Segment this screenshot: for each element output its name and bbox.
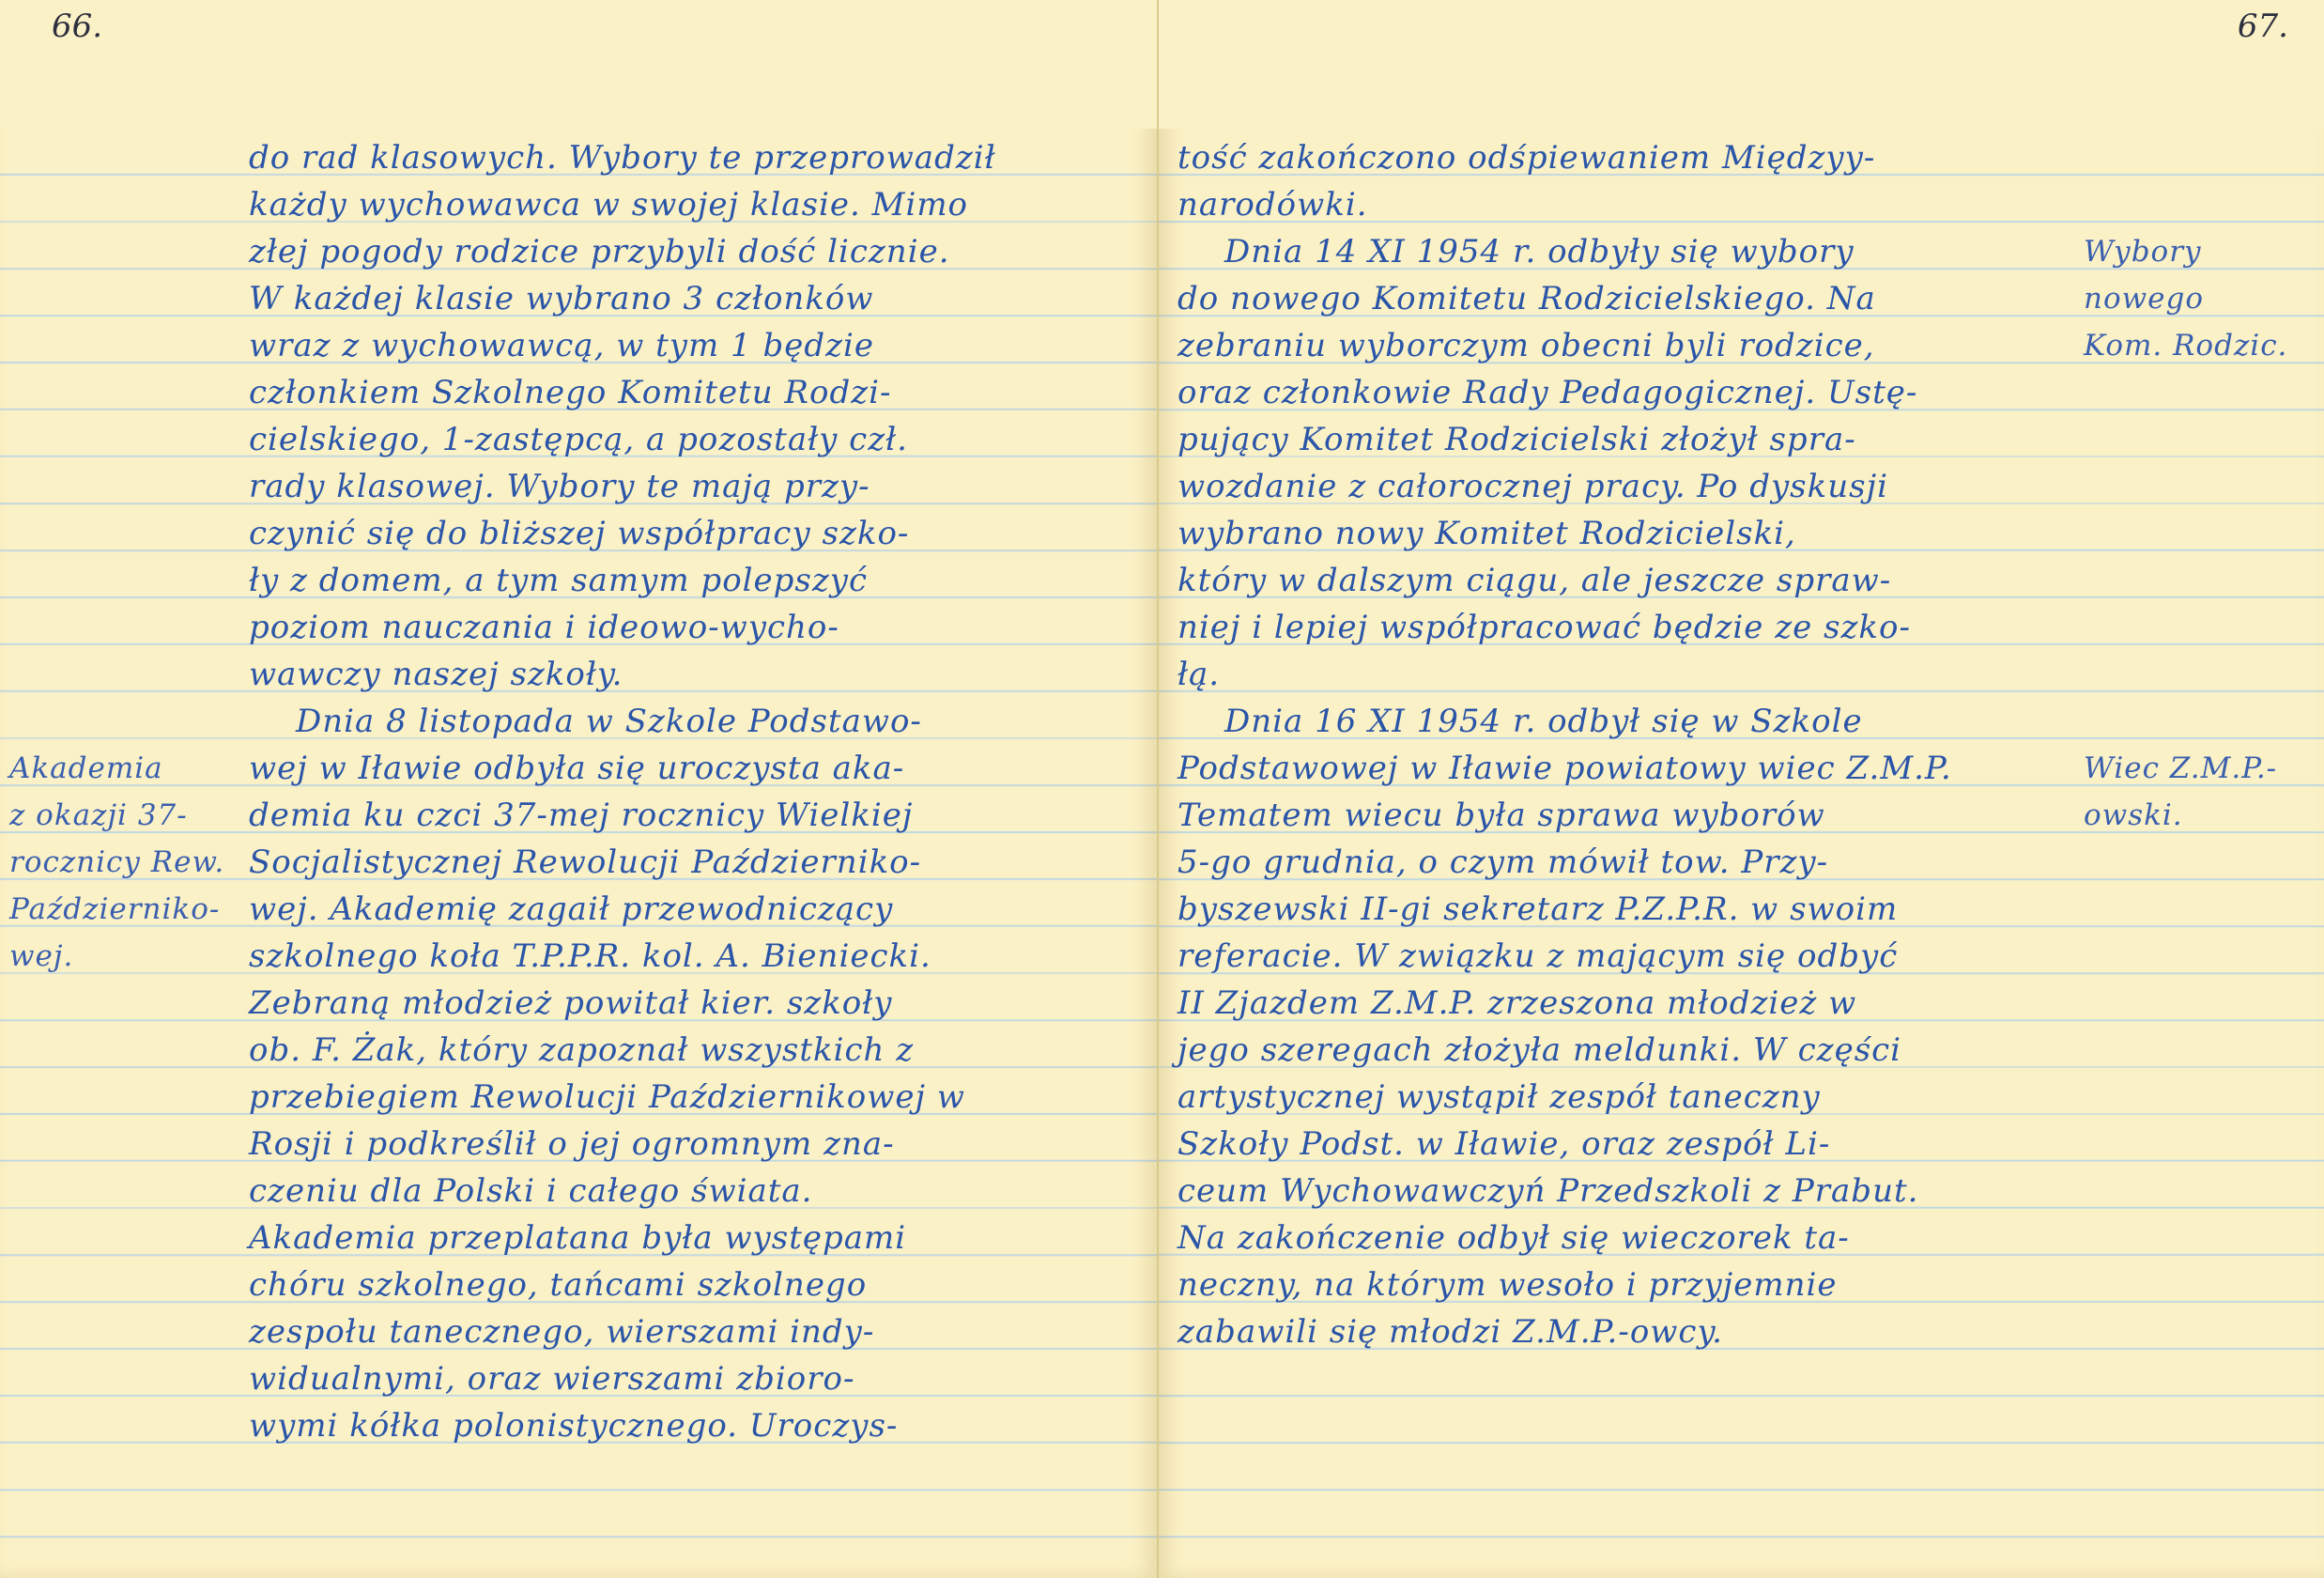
text-line: poziom nauczania i ideowo-wycho- [249, 604, 1141, 651]
text-line: wybrano nowy Komitet Rodzicielski, [1177, 510, 2079, 557]
text-line: Na zakończenie odbył się wieczorek ta- [1177, 1214, 2079, 1261]
text-line: pujący Komitet Rodzicielski złożył spra- [1177, 416, 2079, 463]
text-line: który w dalszym ciągu, ale jeszcze spraw… [1177, 557, 2079, 604]
right-margin-note-rally: Wiec Z.M.P.- owski. [2084, 745, 2318, 839]
left-page-body: do rad klasowych. Wybory te przeprowadzi… [249, 134, 1141, 1449]
text-line: demia ku czci 37-mej rocznicy Wielkiej [249, 792, 1141, 839]
text-line: byszewski II-gi sekretarz P.Z.P.R. w swo… [1177, 886, 2079, 933]
margin-note-line: z okazji 37- [9, 792, 244, 839]
right-page-body: tość zakończono odśpiewaniem Międzyy- na… [1177, 134, 2079, 1355]
page-number-left: 66. [52, 8, 102, 45]
margin-note-line: Akademia [9, 745, 244, 792]
margin-note-line: owski. [2084, 792, 2318, 839]
page-number-right: 67. [2238, 8, 2288, 45]
text-line: Podstawowej w Iławie powiatowy wiec Z.M.… [1177, 745, 2079, 792]
text-line: chóru szkolnego, tańcami szkolnego [249, 1261, 1141, 1308]
text-line: rady klasowej. Wybory te mają przy- [249, 463, 1141, 510]
text-line: łą. [1177, 651, 2079, 698]
text-line: Rosji i podkreślił o jej ogromnym zna- [249, 1121, 1141, 1168]
paragraph-start-line: Dnia 16 XI 1954 r. odbył się w Szkole [1177, 698, 2079, 745]
paragraph-start-line: Dnia 14 XI 1954 r. odbyły się wybory [1177, 228, 2079, 275]
text-line: czynić się do bliższej współpracy szko- [249, 510, 1141, 557]
text-line: cielskiego, 1-zastępcą, a pozostały czł. [249, 416, 1141, 463]
text-line: referacie. W związku z mającym się odbyć [1177, 933, 2079, 980]
right-page: 67. tość zakończono odśpiewaniem Międzyy… [1159, 0, 2324, 1578]
text-line: zebraniu wyborczym obecni byli rodzice, [1177, 322, 2079, 369]
text-line: oraz członkowie Rady Pedagogicznej. Ustę… [1177, 369, 2079, 416]
paragraph-start-line: Dnia 8 listopada w Szkole Podstawo- [249, 698, 1141, 745]
right-margin-note-elections: Wybory nowego Kom. Rodzic. [2084, 228, 2318, 369]
text-line: wozdanie z całorocznej pracy. Po dyskusj… [1177, 463, 2079, 510]
text-line: wej. Akademię zagaił przewodniczący [249, 886, 1141, 933]
margin-note-line: Wybory [2084, 228, 2318, 275]
text-line: W każdej klasie wybrano 3 członków [249, 275, 1141, 322]
margin-note-line: wej. [9, 933, 244, 980]
margin-note-line: rocznicy Rew. [9, 839, 244, 886]
text-line: niej i lepiej współpracować będzie ze sz… [1177, 604, 2079, 651]
margin-note-line: nowego [2084, 275, 2318, 322]
text-line: wraz z wychowawcą, w tym 1 będzie [249, 322, 1141, 369]
text-line: do rad klasowych. Wybory te przeprowadzi… [249, 134, 1141, 181]
text-line: czeniu dla Polski i całego świata. [249, 1168, 1141, 1214]
text-line: do nowego Komitetu Rodzicielskiego. Na [1177, 275, 2079, 322]
text-line: II Zjazdem Z.M.P. zrzeszona młodzież w [1177, 980, 2079, 1027]
text-line: tość zakończono odśpiewaniem Międzyy- [1177, 134, 2079, 181]
left-margin-note: Akademia z okazji 37- rocznicy Rew. Paźd… [9, 745, 244, 980]
text-line: neczny, na którym wesoło i przyjemnie [1177, 1261, 2079, 1308]
margin-note-line: Kom. Rodzic. [2084, 322, 2318, 369]
text-line: zespołu tanecznego, wierszami indy- [249, 1308, 1141, 1355]
text-line: wymi kółka polonistycznego. Uroczys- [249, 1402, 1141, 1449]
left-page: 66. Akademia z okazji 37- rocznicy Rew. … [0, 0, 1159, 1578]
text-line: każdy wychowawca w swojej klasie. Mimo [249, 181, 1141, 228]
text-line: widualnymi, oraz wierszami zbioro- [249, 1355, 1141, 1402]
text-line: ob. F. Żak, który zapoznał wszystkich z [249, 1027, 1141, 1074]
text-line: szkolnego koła T.P.P.R. kol. A. Bienieck… [249, 933, 1141, 980]
text-line: Socjalistycznej Rewolucji Październiko- [249, 839, 1141, 886]
text-line: złej pogody rodzice przybyli dość liczni… [249, 228, 1141, 275]
notebook-spread: 66. Akademia z okazji 37- rocznicy Rew. … [0, 0, 2324, 1578]
text-line: Zebraną młodzież powitał kier. szkoły [249, 980, 1141, 1027]
margin-note-line: Wiec Z.M.P.- [2084, 745, 2318, 792]
text-line: przebiegiem Rewolucji Październikowej w [249, 1074, 1141, 1121]
text-line: wej w Iławie odbyła się uroczysta aka- [249, 745, 1141, 792]
text-line: zabawili się młodzi Z.M.P.-owcy. [1177, 1308, 2079, 1355]
text-line: 5-go grudnia, o czym mówił tow. Przy- [1177, 839, 2079, 886]
text-line: wawczy naszej szkoły. [249, 651, 1141, 698]
text-line: Tematem wiecu była sprawa wyborów [1177, 792, 2079, 839]
text-line: członkiem Szkolnego Komitetu Rodzi- [249, 369, 1141, 416]
text-line: jego szeregach złożyła meldunki. W częśc… [1177, 1027, 2079, 1074]
text-line: ły z domem, a tym samym polepszyć [249, 557, 1141, 604]
text-line: Szkoły Podst. w Iławie, oraz zespół Li- [1177, 1121, 2079, 1168]
margin-note-line: Październiko- [9, 886, 244, 933]
text-line: artystycznej wystąpił zespół taneczny [1177, 1074, 2079, 1121]
text-line: Akademia przeplatana była występami [249, 1214, 1141, 1261]
text-line: ceum Wychowawczyń Przedszkoli z Prabut. [1177, 1168, 2079, 1214]
text-line: narodówki. [1177, 181, 2079, 228]
